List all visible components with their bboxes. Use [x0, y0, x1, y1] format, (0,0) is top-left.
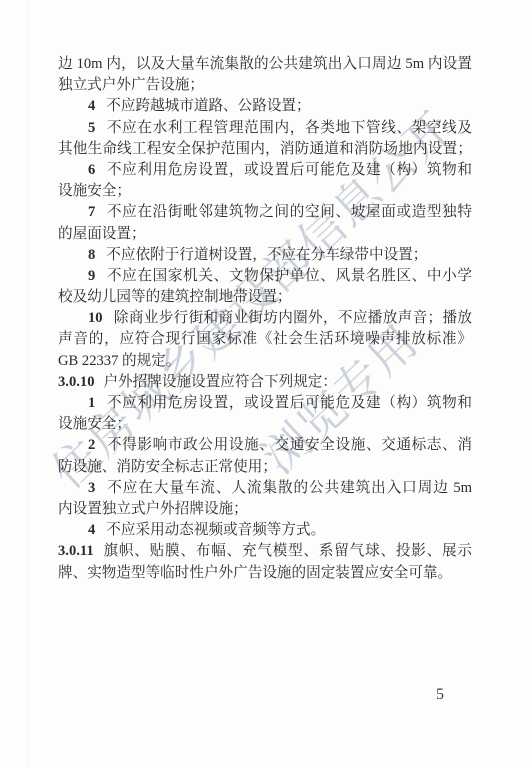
text-line: 8不应依附于行道树设置，不应在分车绿带中设置； [58, 245, 472, 266]
line-text: 校及幼儿园等的建筑控制地带设置； [58, 289, 292, 305]
text-line: 校及幼儿园等的建筑控制地带设置； [58, 287, 472, 308]
text-line: 3不应在大量车流、人流集散的公共建筑出入口周边 5m [58, 478, 472, 499]
item-number: 6 [88, 162, 95, 178]
line-text: 户外招牌设施设置应符合下列规定： [103, 374, 337, 390]
line-text: 不应利用危房设置，或设置后可能危及建（构）筑物和 [106, 162, 472, 178]
text-line: 3.0.10户外招牌设施设置应符合下列规定： [58, 372, 472, 393]
line-text: 的屋面设置； [58, 226, 146, 242]
item-number: 1 [88, 395, 95, 411]
text-line: 的屋面设置； [58, 224, 472, 245]
line-text: 不应在沿街毗邻建筑物之间的空间、坡屋面或造型独特 [106, 204, 472, 220]
item-number: 3.0.11 [58, 543, 94, 559]
line-text: 不应跨越城市道路、公路设置； [106, 98, 310, 114]
text-line: 1不应利用危房设置，或设置后可能危及建（构）筑物和 [58, 393, 472, 414]
line-text: 防设施、消防安全标志正常使用； [58, 459, 277, 475]
item-number: 5 [88, 120, 95, 136]
text-line: 9不应在国家机关、文物保护单位、风景名胜区、中小学 [58, 266, 472, 287]
text-line: 6不应利用危房设置，或设置后可能危及建（构）筑物和 [58, 160, 472, 181]
line-text: 不应采用动态视频或音频等方式。 [106, 522, 325, 538]
text-block: 边 10m 内，以及大量车流集散的公共建筑出入口周边 5m 内设置独立式户外广告… [58, 54, 472, 584]
line-text: 不得影响市政公用设施、交通安全设施、交通标志、消 [106, 437, 472, 453]
line-text: 设施安全； [58, 416, 131, 432]
text-line: 4不应采用动态视频或音频等方式。 [58, 520, 472, 541]
item-number: 4 [88, 98, 95, 114]
text-line: 声音的，应符合现行国家标准《社会生活环境噪声排放标准》 [58, 329, 472, 350]
text-line: GB 22337 的规定。 [58, 351, 472, 372]
item-number: 2 [88, 437, 95, 453]
item-number: 9 [88, 268, 95, 284]
text-line: 内设置独立式户外招牌设施； [58, 499, 472, 520]
line-text: 边 10m 内，以及大量车流集散的公共建筑出入口周边 5m 内设置 [58, 56, 472, 72]
document-page: 住房城乡建设部信息公开 浏览专用 边 10m 内，以及大量车流集散的公共建筑出入… [0, 0, 529, 767]
text-line: 4不应跨越城市道路、公路设置； [58, 96, 472, 117]
line-text: 不应依附于行道树设置，不应在分车绿带中设置； [106, 247, 427, 263]
line-text: 旗帜、贴膜、布幅、充气模型、系留气球、投影、展示 [103, 543, 472, 559]
item-number: 3 [88, 480, 95, 496]
text-line: 3.0.11旗帜、贴膜、布幅、充气模型、系留气球、投影、展示 [58, 541, 472, 562]
item-number: 4 [88, 522, 95, 538]
item-number: 3.0.10 [58, 374, 94, 390]
line-text: GB 22337 的规定。 [58, 353, 180, 369]
item-number: 10 [88, 310, 103, 326]
text-line: 设施安全； [58, 181, 472, 202]
scan-edge-line [27, 0, 28, 767]
item-number: 7 [88, 204, 95, 220]
text-line: 2不得影响市政公用设施、交通安全设施、交通标志、消 [58, 435, 472, 456]
text-line: 防设施、消防安全标志正常使用； [58, 457, 472, 478]
line-text: 不应在水利工程管理范围内，各类地下管线、架空线及 [106, 120, 472, 136]
text-line: 5不应在水利工程管理范围内，各类地下管线、架空线及 [58, 118, 472, 139]
line-text: 牌、实物造型等临时性户外广告设施的固定装置应安全可靠。 [58, 565, 452, 581]
line-text: 独立式户外广告设施； [58, 77, 204, 93]
line-text: 内设置独立式户外招牌设施； [58, 501, 248, 517]
line-text: 不应在大量车流、人流集散的公共建筑出入口周边 5m [106, 480, 472, 496]
page-number: 5 [436, 686, 444, 704]
line-text: 不应利用危房设置，或设置后可能危及建（构）筑物和 [106, 395, 472, 411]
text-line: 10除商业步行街和商业街坊内圈外，不应播放声音；播放 [58, 308, 472, 329]
line-text: 除商业步行街和商业街坊内圈外，不应播放声音；播放 [114, 310, 472, 326]
text-line: 牌、实物造型等临时性户外广告设施的固定装置应安全可靠。 [58, 563, 472, 584]
text-line: 边 10m 内，以及大量车流集散的公共建筑出入口周边 5m 内设置 [58, 54, 472, 75]
text-line: 独立式户外广告设施； [58, 75, 472, 96]
text-line: 设施安全； [58, 414, 472, 435]
line-text: 不应在国家机关、文物保护单位、风景名胜区、中小学 [106, 268, 472, 284]
line-text: 其他生命线工程安全保护范围内，消防通道和消防场地内设置； [58, 141, 472, 157]
text-line: 其他生命线工程安全保护范围内，消防通道和消防场地内设置； [58, 139, 472, 160]
text-line: 7不应在沿街毗邻建筑物之间的空间、坡屋面或造型独特 [58, 202, 472, 223]
item-number: 8 [88, 247, 95, 263]
line-text: 设施安全； [58, 183, 131, 199]
line-text: 声音的，应符合现行国家标准《社会生活环境噪声排放标准》 [58, 331, 472, 347]
